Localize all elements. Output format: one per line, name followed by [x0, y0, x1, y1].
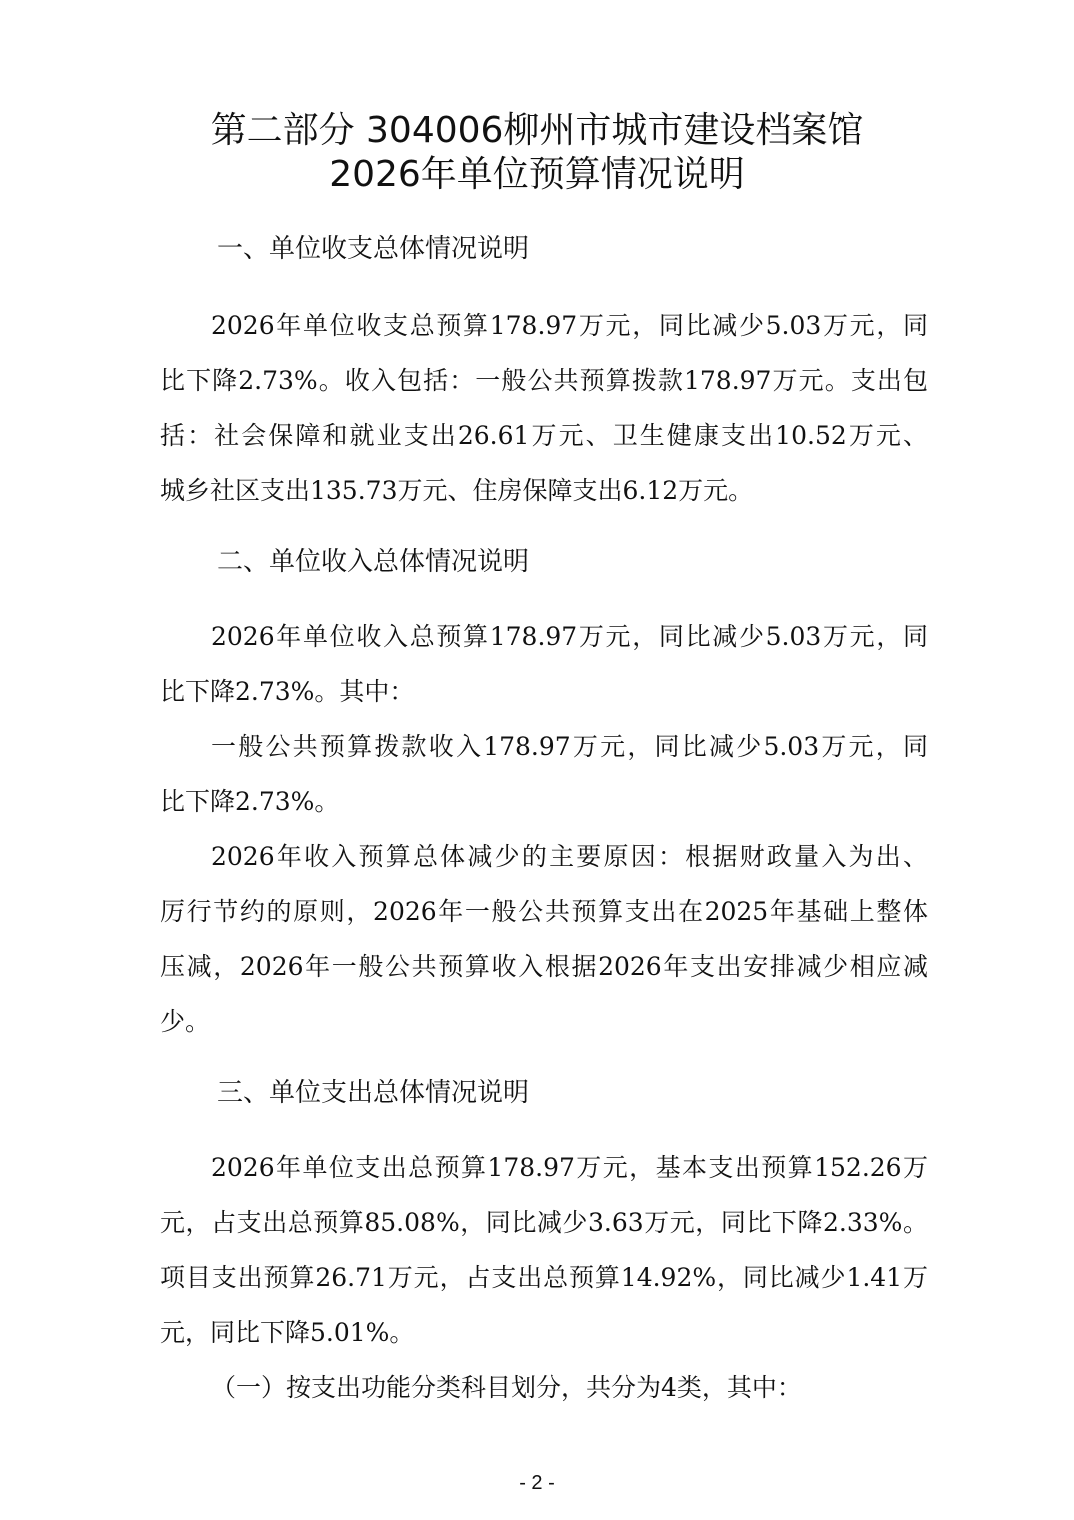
paragraph-line: 压减，2026年一般公共预算收入根据2026年支出安排减少相应减	[160, 950, 928, 984]
document-page: 第二部分 304006柳州市城市建设档案馆 2026年单位预算情况说明 一、单位…	[0, 0, 1074, 1520]
paragraph-line: 2026年单位收支总预算178.97万元，同比减少5.03万元，同	[211, 309, 928, 343]
paragraph-line: 2026年单位支出总预算178.97万元，基本支出预算152.26万	[211, 1151, 928, 1185]
section-heading-expense: 三、单位支出总体情况说明	[217, 1076, 529, 1110]
page-title-line1: 第二部分 304006柳州市城市建设档案馆	[0, 108, 1074, 154]
paragraph-line: 一般公共预算拨款收入178.97万元，同比减少5.03万元，同	[211, 730, 928, 764]
paragraph-line: 项目支出预算26.71万元，占支出总预算14.92%，同比减少1.41万	[160, 1261, 928, 1295]
paragraph-line: 2026年单位收入总预算178.97万元，同比减少5.03万元，同	[211, 620, 928, 654]
page-title-line2: 2026年单位预算情况说明	[0, 152, 1074, 198]
paragraph-line: （一）按支出功能分类科目划分，共分为4类，其中：	[211, 1371, 928, 1405]
paragraph-line: 括：社会保障和就业支出26.61万元、卫生健康支出10.52万元、	[160, 419, 928, 453]
paragraph-line: 比下降2.73%。收入包括：一般公共预算拨款178.97万元。支出包	[160, 364, 928, 398]
paragraph-line: 比下降2.73%。其中：	[160, 675, 928, 709]
paragraph-line: 少。	[160, 1005, 928, 1039]
paragraph-line: 元，占支出总预算85.08%，同比减少3.63万元，同比下降2.33%。	[160, 1206, 928, 1240]
paragraph-line: 厉行节约的原则，2026年一般公共预算支出在2025年基础上整体	[160, 895, 928, 929]
section-heading-income: 二、单位收入总体情况说明	[217, 545, 529, 579]
paragraph-line: 比下降2.73%。	[160, 785, 928, 819]
page-number: - 2 -	[0, 1470, 1074, 1496]
section-heading-income-expense: 一、单位收支总体情况说明	[217, 232, 529, 266]
paragraph-line: 2026年收入预算总体减少的主要原因：根据财政量入为出、	[211, 840, 928, 874]
paragraph-line: 城乡社区支出135.73万元、住房保障支出6.12万元。	[160, 474, 928, 508]
paragraph-line: 元，同比下降5.01%。	[160, 1316, 928, 1350]
